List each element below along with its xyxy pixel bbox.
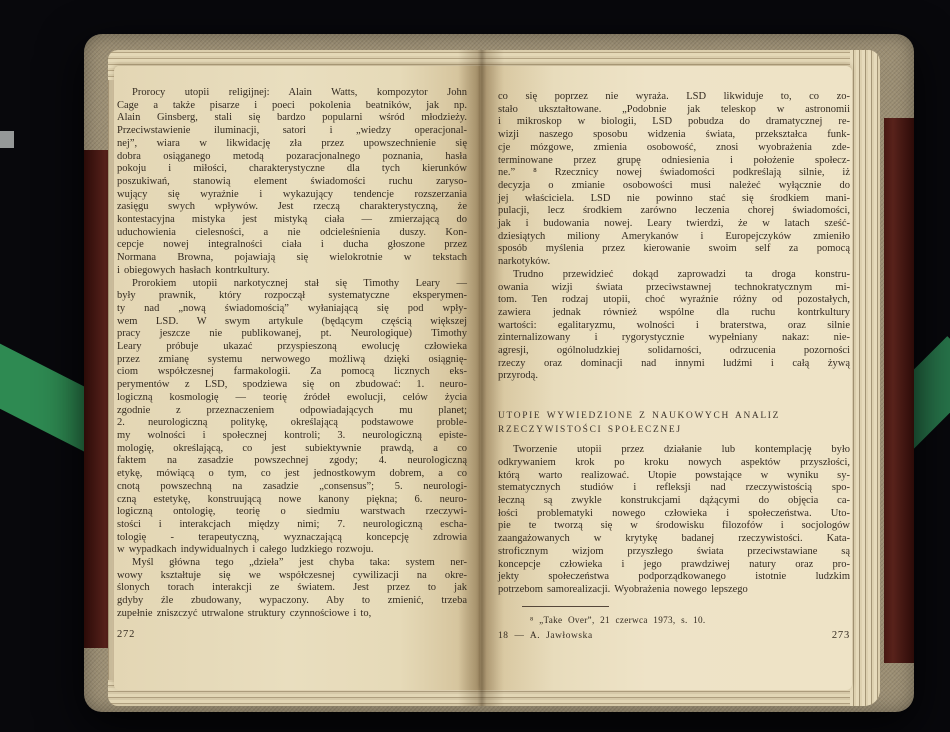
- text-line: potrzebom samorealizacji. Wyobrażenia no…: [498, 584, 850, 597]
- text-line: wujący się wyraźnie i wykazujący tendenc…: [117, 189, 467, 202]
- text-line: dziesiątych miliony Amerykanów i Europej…: [498, 231, 850, 244]
- text-line: były prawnik, który rozpoczął systematyc…: [117, 290, 467, 303]
- text-line: zupełnie zniszczyć utrwalone struktury c…: [117, 608, 467, 621]
- text-line: przez zmianę systemu nerwowego możliwą d…: [117, 354, 467, 367]
- page-edges-right: [850, 50, 880, 706]
- text-line: Leary próbuje ukazać przyspieszoną ewolu…: [117, 341, 467, 354]
- text-line: stroficznym wizjom przyszłego świata prz…: [498, 546, 850, 559]
- photo-of-open-book: { "scene": { "background_color": "#08080…: [0, 0, 950, 732]
- text-line: i mikroskop w biologii, LSD pobudza do d…: [498, 116, 850, 129]
- text-line: Cage a także pisarze i poeci pokolenia b…: [117, 100, 467, 113]
- text-line: pie te tworzą się w środowisku filozofów…: [498, 520, 850, 533]
- text-line: koncepcje człowieka i jego prawdziwej na…: [498, 559, 850, 572]
- leather-trim-right: [884, 118, 914, 663]
- paragraph: Myśl główna tego „dzieła” jest chyba tak…: [117, 557, 467, 621]
- text-line: cje mózgowe, zmienia osobowość, znosi wy…: [498, 142, 850, 155]
- text-line: faktem na zasadzie powszechnej zgody; 4.…: [117, 455, 467, 468]
- text-line: zasięgu swych wpływów. Jest rzeczą chara…: [117, 201, 467, 214]
- text-line: zaangażowanych w krytykę badanej rzeczyw…: [498, 533, 850, 546]
- text-line: sposób myślenia przez kierowanie swoim s…: [498, 243, 850, 256]
- text-line: wartości: egalitaryzmu, wolności i brate…: [498, 320, 850, 333]
- text-line: jej właściciela. LSD nie powinno stać si…: [498, 193, 850, 206]
- paragraph: Prorokiem utopii narkotycznej stał się T…: [117, 278, 467, 557]
- paragraph: co się poprzez nie wyraża. LSD likwiduje…: [498, 91, 850, 269]
- text-line: Prorokiem utopii narkotycznej stał się T…: [117, 278, 467, 291]
- text-line: Prorocy utopii religijnej: Alain Watts, …: [117, 87, 467, 100]
- text-line: nej”, wiara w likwidację zła przez upows…: [117, 138, 467, 151]
- text-line: tologię - terapeutyczną, wyznaczającą ko…: [117, 532, 467, 545]
- text-line: łości problematyki nowego człowieka i sp…: [498, 508, 850, 521]
- left-page-number: 272: [117, 629, 135, 640]
- text-line: poszukiwań, stanowią element świadomości…: [117, 176, 467, 189]
- paragraph: Trudno przewidzieć dokąd zaprowadzi ta d…: [498, 269, 850, 383]
- text-line: Tworzenie utopii przez działanie lub kon…: [498, 444, 850, 457]
- text-line: kontestacyjna mistyka jest mistyką ciała…: [117, 214, 467, 227]
- text-line: i obiegowych hasłach kontrkultury.: [117, 265, 467, 278]
- right-page-footer: 18 — A. Jawłowska 273: [498, 630, 850, 641]
- text-line: perymentów z LSD, spodziewa się on zbudo…: [117, 379, 467, 392]
- text-line: my wolności i społecznej kontroli; 3. ne…: [117, 430, 467, 443]
- text-line: Przeciwstawienie iluminacji, satori i „w…: [117, 125, 467, 138]
- text-line: RZECZYWISTOŚCI SPOŁECZNEJ: [498, 424, 850, 438]
- text-line: logiczną ontologię, teorię o siedmiu war…: [117, 506, 467, 519]
- text-line: pracy jeszcze nie publikowanej, pt. Neur…: [117, 328, 467, 341]
- text-line: czną estetykę, konstruującą nowe kanony …: [117, 494, 467, 507]
- text-line: ne.” ⁸ Rzecznicy nowej świadomości podkr…: [498, 167, 850, 180]
- text-line: odkrywaniem krok po kroku nowych aspektó…: [498, 457, 850, 470]
- text-line: zgodnie z przeznaczeniem odpowiadających…: [117, 405, 467, 418]
- text-line: wowy kształtuje się we współczesnej cywi…: [117, 570, 467, 583]
- text-line: narkotyków.: [498, 256, 850, 269]
- text-line: dobra osiąganego metodą pozaracjonalnego…: [117, 151, 467, 164]
- text-line: Trudno przewidzieć dokąd zaprowadzi ta d…: [498, 269, 850, 282]
- right-page-text: co się poprzez nie wyraża. LSD likwiduje…: [498, 91, 850, 626]
- text-line: UTOPIE WYWIEDZIONE Z NAUKOWYCH ANALIZ: [498, 410, 850, 424]
- text-line: pulacji, lecz środkiem zarówno leczenia …: [498, 205, 850, 218]
- text-line: stematycznych studiów i refleksji nad rz…: [498, 482, 850, 495]
- text-line: cepcje nowej integralności ciała i ducha…: [117, 239, 467, 252]
- text-line: etykę, mówiącą o tym, co jest jednostkow…: [117, 468, 467, 481]
- text-line: wem LSD. W swym artykule (będącym części…: [117, 316, 467, 329]
- paragraph: Tworzenie utopii przez działanie lub kon…: [498, 444, 850, 596]
- text-line: Myśl główna tego „dzieła” jest chyba tak…: [117, 557, 467, 570]
- text-line: jak i budowania nowej. Leary twierdzi, ż…: [498, 218, 850, 231]
- text-line: mologię, określającą, co jest subiektywn…: [117, 443, 467, 456]
- text-line: wizji naszego sposobu widzenia świata, p…: [498, 129, 850, 142]
- text-line: cnotą powszechną na zasadzie „consensus”…: [117, 481, 467, 494]
- text-line: ciom współczesnej farmakologii. Za pomoc…: [117, 366, 467, 379]
- left-page-text: Prorocy utopii religijnej: Alain Watts, …: [117, 87, 467, 621]
- text-line: logiczną kosmologię — teorię źródeł ewol…: [117, 392, 467, 405]
- text-line: rzeczy oraz dominacji nad innymi ludźmi …: [498, 358, 850, 371]
- text-line: gdyby źle zbudowany, wypaczony. Aby to z…: [117, 595, 467, 608]
- text-line: którą warto realizować. Utopie powstając…: [498, 470, 850, 483]
- text-line: stości i interakcjach między nimi; 7. ne…: [117, 519, 467, 532]
- right-page-number: 273: [832, 630, 850, 641]
- text-line: zawiera jednak również wspólne dla ruchu…: [498, 307, 850, 320]
- text-line: ⁸ „Take Over”, 21 czerwca 1973, s. 10.: [498, 614, 850, 626]
- text-line: stało ukształtowane. „Podobnie jak teles…: [498, 104, 850, 117]
- footnote: ⁸ „Take Over”, 21 czerwca 1973, s. 10.: [498, 606, 850, 626]
- text-line: łeczną są zwykle konstrukcjami dążącymi …: [498, 495, 850, 508]
- text-line: zinternalizowany i rygorystycznie wypełn…: [498, 332, 850, 345]
- text-line: pokoju i miłości, charakterystyczne dla …: [117, 163, 467, 176]
- text-line: przyrodą.: [498, 370, 850, 383]
- text-line: w wypadkach indywidualnych i całego ludz…: [117, 544, 467, 557]
- text-line: terminowane przez grupę odniesienia i po…: [498, 155, 850, 168]
- text-line: jekty społeczeństwa podporządkowanego is…: [498, 571, 850, 584]
- text-line: tom. Ten rodzaj utopii, choć wyraźnie ró…: [498, 294, 850, 307]
- paragraph: Prorocy utopii religijnej: Alain Watts, …: [117, 87, 467, 278]
- printer-signature: 18 — A. Jawłowska: [498, 631, 593, 641]
- text-line: 2. neurologiczną politykę, określającą p…: [117, 417, 467, 430]
- text-line: uduchowienia cielesności, a nie odcieleś…: [117, 227, 467, 240]
- text-line: Normana Browna, pojawiają się wielokrotn…: [117, 252, 467, 265]
- text-line: decyzja o zmianie osobowości musi należe…: [498, 180, 850, 193]
- text-line: owania wizji świata przeciwstawnej techn…: [498, 282, 850, 295]
- text-line: co się poprzez nie wyraża. LSD likwiduje…: [498, 91, 850, 104]
- text-line: ty nad „nową świadomością” wyłaniającą s…: [117, 303, 467, 316]
- heading: UTOPIE WYWIEDZIONE Z NAUKOWYCH ANALIZRZE…: [498, 410, 850, 437]
- text-line: agresji, ogólnoludzkiej solidarności, od…: [498, 345, 850, 358]
- text-line: ślonych torach interakcji ze światem. Je…: [117, 582, 467, 595]
- text-line: Alain Ginsberg, stali się bardzo popular…: [117, 112, 467, 125]
- gray-edge-fragment: [0, 131, 14, 148]
